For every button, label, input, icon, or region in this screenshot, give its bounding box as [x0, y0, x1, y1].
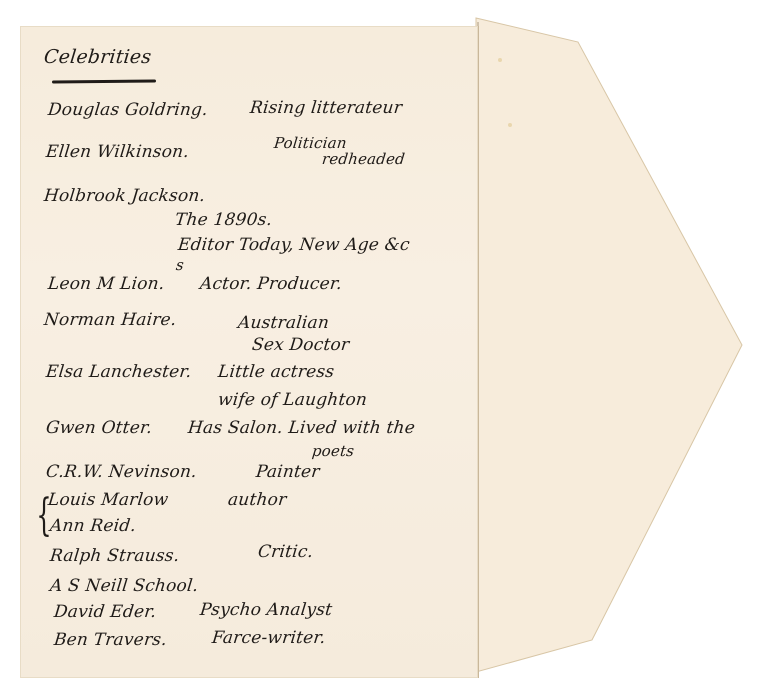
entry-note: Has Salon. Lived with the: [187, 418, 416, 438]
entry-name: Leon M Lion.: [47, 274, 166, 294]
entry-note: Psycho Analyst: [199, 600, 333, 620]
entry-note: Actor. Producer.: [199, 274, 343, 294]
entry-name: Holbrook Jackson.: [43, 186, 206, 206]
entry-note: Little actress: [217, 362, 335, 382]
entry-name: C.R.W. Nevinson.: [45, 462, 198, 482]
entry-note: Farce-writer.: [211, 628, 327, 648]
entry-name: Ralph Strauss.: [49, 546, 180, 566]
entry-note: The 1890s.: [174, 210, 273, 230]
entry-note-2: Editor Today, New Age &c: [177, 235, 411, 255]
entry-note: author: [227, 490, 288, 510]
document-title: Celebrities: [43, 46, 153, 68]
entry-name: Gwen Otter.: [45, 418, 153, 438]
entry-name: Norman Haire.: [43, 310, 178, 330]
entry-note-2: wife of Laughton: [217, 390, 368, 410]
entry-note-2: Sex Doctor: [251, 335, 350, 355]
entry-note-2: poets: [311, 442, 355, 460]
entry-name: Ellen Wilkinson.: [45, 142, 190, 162]
entry-note-2: redheaded: [321, 150, 406, 168]
entry-note: Rising litterateur: [249, 98, 403, 118]
entry-name: Ben Travers.: [53, 630, 168, 650]
entry-name: A S Neill School.: [49, 576, 199, 596]
entry-note: Critic.: [257, 542, 314, 562]
entry-name: Elsa Lanchester.: [45, 362, 193, 382]
entry-name: Douglas Goldring.: [47, 100, 209, 120]
entry-name: Louis Marlow: [47, 490, 169, 510]
entry-name: David Eder.: [53, 602, 157, 622]
entry-note: Australian: [237, 313, 330, 333]
entry-note: Painter: [255, 462, 321, 482]
entry-name: Ann Reid.: [49, 516, 137, 536]
